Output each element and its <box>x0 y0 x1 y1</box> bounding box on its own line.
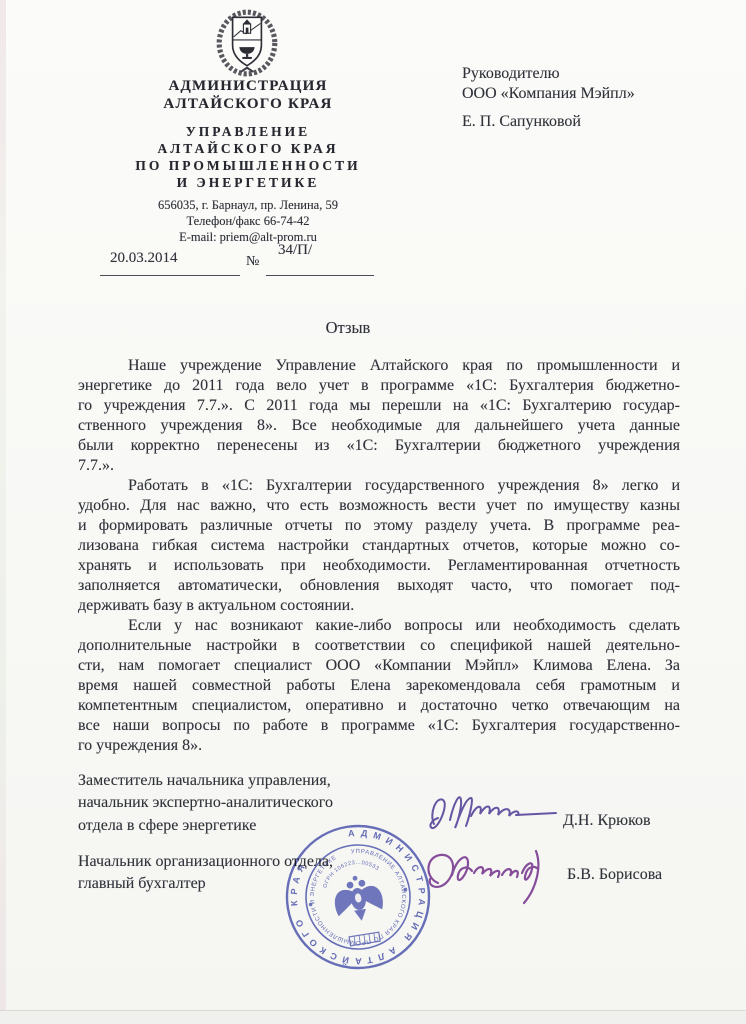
official-round-stamp: АДМИНИСТРАЦИЯ АЛТАЙСКОГО КРАЯ УПРАВЛЕНИЕ… <box>271 810 445 984</box>
contact-block: 656035, г. Барнаул, пр. Ленина, 59 Телеф… <box>100 197 396 245</box>
department-name-line: ПО ПРОМЫШЛЕННОСТИ <box>100 157 396 174</box>
organization-name-line: АЛТАЙСКОГО КРАЯ <box>100 95 396 113</box>
body-text-line: Если у нас возникают какие-либо вопросы … <box>78 616 680 636</box>
body-text-line: удобно. Для нас важно, что есть возможно… <box>78 496 680 516</box>
scanned-letter-page: АДМИНИСТРАЦИЯ АЛТАЙСКОГО КРАЯ УПРАВЛЕНИЕ… <box>0 0 746 1024</box>
department-name: УПРАВЛЕНИЕ АЛТАЙСКОГО КРАЯ ПО ПРОМЫШЛЕНН… <box>100 123 396 191</box>
body-text-line: были корректно перенесены из «1С: Бухгал… <box>78 436 680 456</box>
department-name-line: И ЭНЕРГЕТИКЕ <box>100 174 396 191</box>
body-text-line: заполняется автоматически, обновления вы… <box>78 576 680 596</box>
signatory-position-1: Заместитель начальника управления, начал… <box>78 770 333 837</box>
document-date: 20.03.2014 <box>100 250 240 276</box>
body-text-line: дополнительные настройки в соответствии … <box>78 636 680 656</box>
body-text-line: ственного учреждения 8». Все необходимые… <box>78 416 680 436</box>
body-text-line: компетентным специалистом, оперативно и … <box>78 696 680 716</box>
body-text-line: сти, нам помогает специалист ООО «Компан… <box>78 656 680 676</box>
spacer <box>462 103 635 112</box>
phone-fax: Телефон/факс 66-74-42 <box>100 213 396 229</box>
department-name-line: УПРАВЛЕНИЕ <box>100 123 396 140</box>
signatory-position-line: Заместитель начальника управления, <box>78 770 333 792</box>
body-text-line: го учреждения 8». <box>78 736 680 756</box>
body-text-line: время нашей совместной работы Елена заре… <box>78 676 680 696</box>
body-text-line: хранять и использовать при необходимости… <box>78 556 680 576</box>
organization-name: АДМИНИСТРАЦИЯ АЛТАЙСКОГО КРАЯ <box>100 77 396 113</box>
altai-krai-coat-of-arms-icon <box>212 6 282 78</box>
body-text-line: 7.7.». <box>78 456 680 476</box>
body-text-line: и формировать различные отчеты по этому … <box>78 516 680 536</box>
body-text-line: Работать в «1С: Бухгалтерии государствен… <box>78 476 680 496</box>
document-body: Наше учреждение Управление Алтайского кр… <box>78 356 680 756</box>
signatory-name-1: Д.Н. Крюков <box>563 812 651 830</box>
number-sign: № <box>246 254 259 270</box>
paragraph: Если у нас возникают какие-либо вопросы … <box>78 616 680 756</box>
department-name-line: АЛТАЙСКОГО КРАЯ <box>100 140 396 157</box>
organization-name-line: АДМИНИСТРАЦИЯ <box>100 77 396 95</box>
recipient-position: Руководителю <box>462 64 635 84</box>
body-text-line: Наше учреждение Управление Алтайского кр… <box>78 356 680 376</box>
recipient-block: Руководителю ООО «Компания Мэйпл» Е. П. … <box>462 64 635 132</box>
body-text-line: го учреждения 7.7.». С 2011 года мы пере… <box>78 396 680 416</box>
body-text-line: держивать базу в актуальном состоянии. <box>78 596 680 616</box>
body-text-line: энергетике до 2011 года вело учет в прог… <box>78 376 680 396</box>
handwritten-signature-kryukov <box>424 784 574 846</box>
handwritten-signature-borisova <box>414 841 570 913</box>
stamp-eagle-emblem <box>331 872 385 924</box>
scan-edge-artifact-bottom <box>0 1010 746 1024</box>
recipient-company: ООО «Компания Мэйпл» <box>462 84 635 104</box>
paragraph: Наше учреждение Управление Алтайского кр… <box>78 356 680 476</box>
scan-edge-artifact-left <box>0 0 6 1024</box>
body-text-line: лизована гибкая система настройки станда… <box>78 536 680 556</box>
document-number: 34/П/ <box>266 242 374 276</box>
recipient-person: Е. П. Сапунковой <box>462 112 635 132</box>
paragraph: Работать в «1С: Бухгалтерии государствен… <box>78 476 680 616</box>
signatory-name-2: Б.В. Борисова <box>567 866 662 884</box>
signatory-position-line: начальник экспертно-аналитического <box>78 792 333 814</box>
postal-address: 656035, г. Барнаул, пр. Ленина, 59 <box>100 197 396 213</box>
document-title: Отзыв <box>78 318 618 338</box>
body-text-line: все наши вопросы по работе в программе «… <box>78 716 680 736</box>
